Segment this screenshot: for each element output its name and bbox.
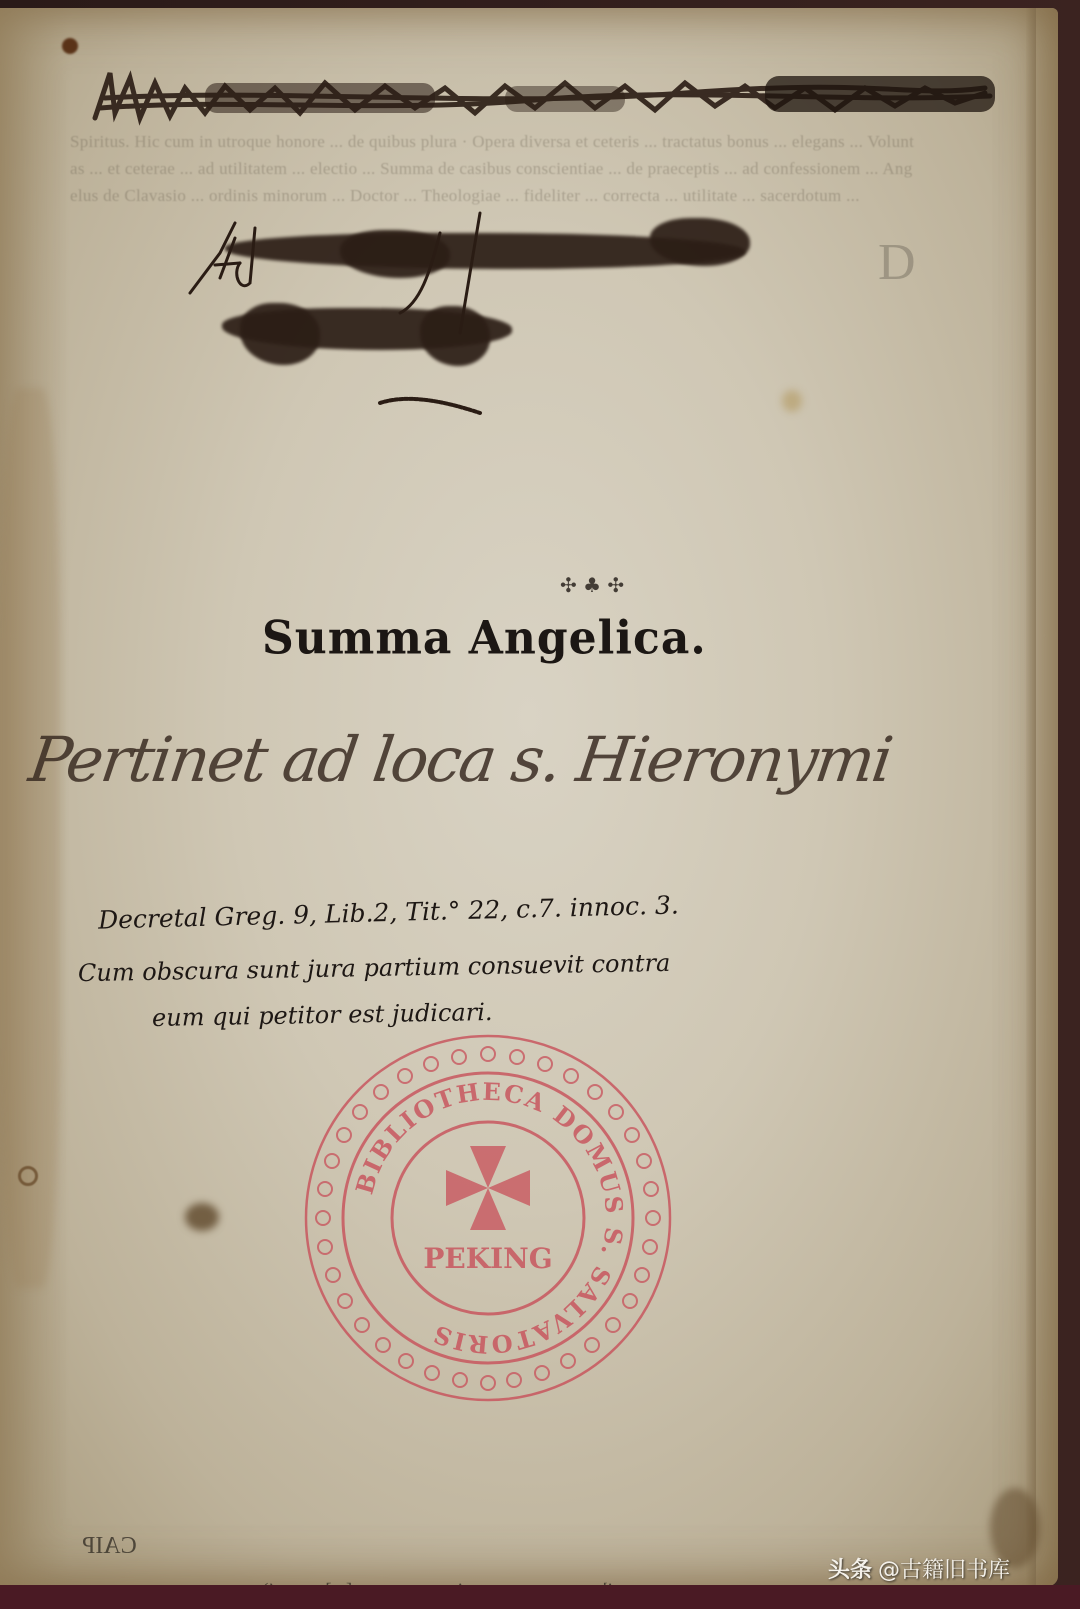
watermark-platform: 头条 <box>828 1558 872 1583</box>
crossed-out-inscription-top <box>85 58 1005 138</box>
page-edge <box>1026 8 1036 1586</box>
stamp-center-text: PEKING <box>423 1242 552 1275</box>
stain <box>185 1203 219 1231</box>
annotation-line-3: eum qui petitor est judicari. <box>152 998 493 1032</box>
page-title: Summa Angelica. <box>262 612 707 666</box>
maltese-cross-icon <box>446 1146 530 1230</box>
photo-frame: Spiritus. Hic cum in utroque honore ... … <box>0 0 1080 1609</box>
bottom-bleed-left: CAIP <box>82 1533 137 1560</box>
library-stamp: BIBLIOTHECA DOMUS S. SALVATORIS PEKING <box>298 1028 678 1408</box>
stain <box>0 388 60 1288</box>
annotation-line-1: Decretal Greg. 9, Lib.2, Tit.° 22, c.7. … <box>98 890 679 934</box>
book-page: Spiritus. Hic cum in utroque honore ... … <box>0 8 1058 1586</box>
stain <box>62 38 78 54</box>
bleed-initial-letter: D <box>878 233 916 292</box>
annotation-line-2: Cum obscura sunt jura partium consuevit … <box>78 949 671 987</box>
watermark-handle: @古籍旧书库 <box>878 1558 1010 1583</box>
handwritten-ownership-inscription: Pertinet ad loca s. Hieronymi <box>25 723 896 796</box>
title-ornament: ✣ ♣ ✣ <box>560 573 624 597</box>
source-watermark: 头条@古籍旧书库 <box>828 1553 1010 1584</box>
background-cloth <box>0 1585 1080 1609</box>
